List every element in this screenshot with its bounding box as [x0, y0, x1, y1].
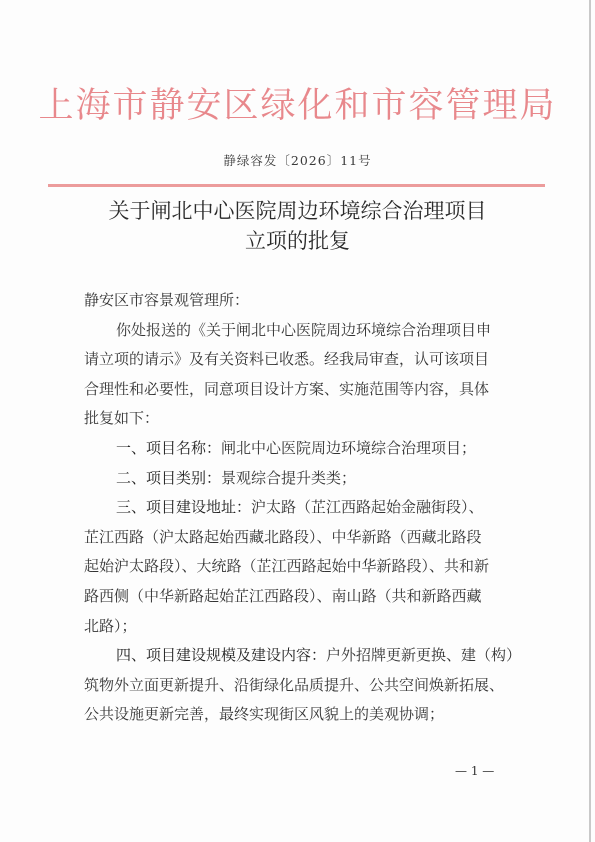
title-line-2: 立项的批复 [0, 226, 595, 256]
paragraph-line: 合理性和必要性，同意项目设计方案、实施范围等内容，具体 [84, 375, 514, 405]
item-project-category: 二、项目类别：景观综合提升类类； [84, 464, 514, 494]
page-edge-shadow [589, 0, 591, 842]
item-project-name: 一、项目名称：闸北中心医院周边环境综合治理项目； [84, 434, 514, 464]
item-text: 起始沪太路段）、大统路（芷江西路起始中华新路段）、共和新 [84, 552, 514, 582]
paragraph-line: 你处报送的《关于闸北中心医院周边环境综合治理项目申 [84, 316, 514, 346]
item-lead: 一、项目名称： [116, 439, 221, 457]
document-body: 静安区市容景观管理所： 你处报送的《关于闸北中心医院周边环境综合治理项目申 请立… [84, 286, 514, 730]
item-project-location: 三、项目建设地址：沪太路（芷江西路起始金融街段）、 芷江西路（沪太路起始西藏北路… [84, 493, 514, 641]
page-number: — 1 — [455, 764, 494, 778]
document-page: 上海市静安区绿化和市容管理局 静绿容发〔2026〕11号 关于闸北中心医院周边环… [0, 0, 595, 842]
item-text: 北路）； [84, 612, 514, 642]
item-lead: 三、项目建设地址： [116, 498, 251, 516]
item-text: 景观综合提升类类； [221, 469, 356, 487]
item-text: 户外招牌更新更换、建（构） [326, 646, 521, 664]
red-divider-rule [48, 184, 545, 187]
salutation: 静安区市容景观管理所： [84, 286, 514, 316]
item-text: 闸北中心医院周边环境综合治理项目； [221, 439, 476, 457]
item-text: 路西侧（中华新路起始芷江西路段）、南山路（共和新路西藏 [84, 582, 514, 612]
document-title: 关于闸北中心医院周边环境综合治理项目 立项的批复 [0, 196, 595, 256]
intro-paragraph: 你处报送的《关于闸北中心医院周边环境综合治理项目申 请立项的请示》及有关资料已收… [84, 316, 514, 434]
item-text: 沪太路（芷江西路起始金融街段）、 [251, 498, 484, 516]
item-project-scope: 四、项目建设规模及建设内容：户外招牌更新更换、建（构） 筑物外立面更新提升、沿街… [84, 641, 514, 730]
document-number: 静绿容发〔2026〕11号 [0, 151, 595, 169]
item-lead: 二、项目类别： [116, 469, 221, 487]
item-lead: 四、项目建设规模及建设内容： [116, 646, 326, 664]
item-text: 芷江西路（沪太路起始西藏北路段）、中华新路（西藏北路段 [84, 523, 514, 553]
item-text: 筑物外立面更新提升、沿街绿化品质提升、公共空间焕新拓展、 [84, 671, 514, 701]
item-text: 公共设施更新完善，最终实现街区风貌上的美观协调； [84, 700, 514, 730]
paragraph-line: 请立项的请示》及有关资料已收悉。经我局审查，认可该项目 [84, 345, 514, 375]
title-line-1: 关于闸北中心医院周边环境综合治理项目 [0, 196, 595, 226]
agency-header: 上海市静安区绿化和市容管理局 [0, 78, 595, 128]
paragraph-line: 批复如下： [84, 404, 514, 434]
